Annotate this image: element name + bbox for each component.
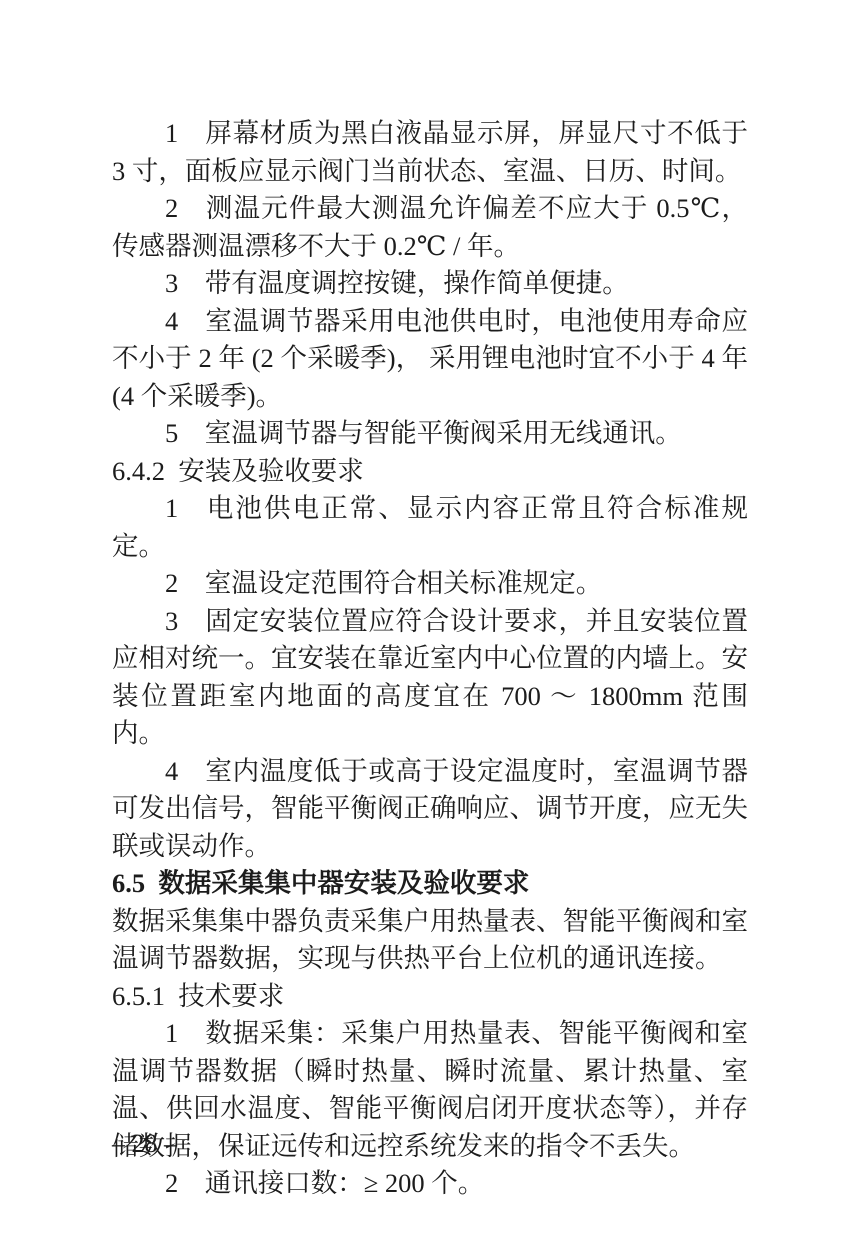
page-number: – 28 – [112,1129,177,1158]
list-item: 2 测温元件最大测温允许偏差不应大于 0.5℃， 传感器测温漂移不大于 0.2℃… [112,190,748,265]
section-heading-6-4-2: 6.4.2 安装及验收要求 [112,453,748,491]
list-item: 3 固定安装位置应符合设计要求，并且安装位置应相对统一。宜安装在靠近室内中心位置… [112,603,748,753]
list-item: 4 室温调节器采用电池供电时，电池使用寿命应不小于 2 年 (2 个采暖季)， … [112,303,748,416]
page-footer: – 28 – [112,1125,177,1163]
list-item: 1 数据采集：采集户用热量表、智能平衡阀和室温调节器数据（瞬时热量、瞬时流量、累… [112,1015,748,1165]
document-body: 1 屏幕材质为黑白液晶显示屏，屏显尺寸不低于 3 寸，面板应显示阀门当前状态、室… [112,115,748,1203]
list-item: 1 屏幕材质为黑白液晶显示屏，屏显尺寸不低于 3 寸，面板应显示阀门当前状态、室… [112,115,748,190]
list-item: 4 室内温度低于或高于设定温度时，室温调节器可发出信号，智能平衡阀正确响应、调节… [112,753,748,866]
list-item: 2 通讯接口数：≥ 200 个。 [112,1165,748,1203]
list-item: 2 室温设定范围符合相关标准规定。 [112,565,748,603]
body-paragraph: 数据采集集中器负责采集户用热量表、智能平衡阀和室温调节器数据，实现与供热平台上位… [112,903,748,978]
section-heading-6-5-1: 6.5.1 技术要求 [112,978,748,1016]
list-item: 5 室温调节器与智能平衡阀采用无线通讯。 [112,415,748,453]
list-item: 1 电池供电正常、显示内容正常且符合标准规定。 [112,490,748,565]
document-page: { "style": { "ink_color": "#1c1c1c", "ba… [0,0,857,1241]
list-item: 3 带有温度调控按键，操作简单便捷。 [112,265,748,303]
section-heading-6-5: 6.5 数据采集集中器安装及验收要求 [112,865,748,903]
